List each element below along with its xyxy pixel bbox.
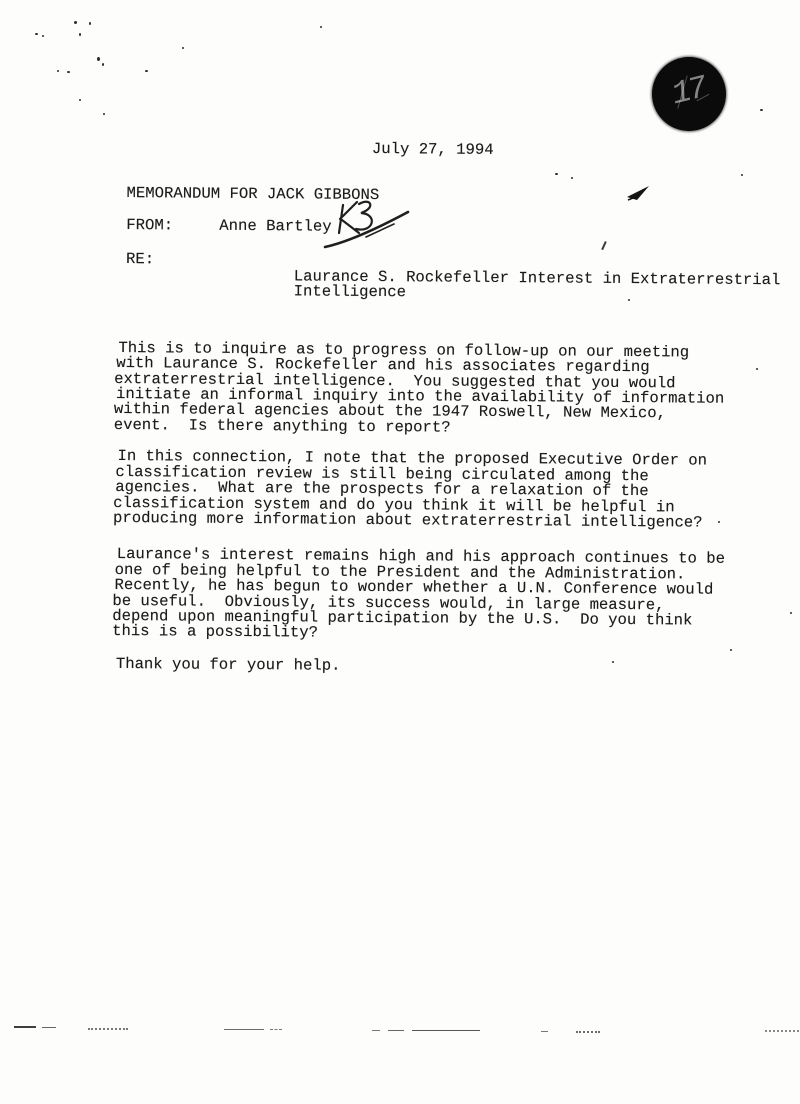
scan-speck xyxy=(97,57,100,61)
scan-speck xyxy=(145,70,148,72)
scan-speck xyxy=(320,26,322,28)
paragraph-2: In this connection, I note that the prop… xyxy=(117,449,778,531)
scan-speck xyxy=(74,21,77,24)
scan-speck xyxy=(730,649,732,651)
scan-speck xyxy=(741,174,743,176)
scan-speck xyxy=(35,33,38,35)
pen-arrow-mark xyxy=(626,184,652,202)
scan-speck xyxy=(79,99,81,101)
fold-line-mark xyxy=(270,1029,282,1030)
scan-speck xyxy=(756,368,758,370)
handwritten-initials-signature xyxy=(322,195,418,251)
scanned-memo-page: 17 July 27, 1994 MEMORANDUM FOR JACK GIB… xyxy=(0,0,800,1104)
from-row: FROM: Anne Bartley xyxy=(126,218,779,239)
from-label: FROM: xyxy=(126,218,219,234)
scan-speck xyxy=(628,299,630,301)
scan-speck xyxy=(571,177,573,179)
from-value: Anne Bartley xyxy=(219,219,331,235)
scan-speck xyxy=(718,521,720,523)
fold-line-mark xyxy=(765,1030,799,1032)
scan-speck xyxy=(57,70,59,72)
fold-line-mark xyxy=(14,1026,36,1028)
memo-text-line: producing more information about extrate… xyxy=(113,511,777,532)
stamp-handwritten-number: 17 xyxy=(668,70,708,114)
fold-line-mark xyxy=(541,1031,548,1032)
scan-speck xyxy=(67,71,70,73)
scan-speck xyxy=(42,35,44,37)
scan-speck xyxy=(79,33,81,36)
fold-line-mark xyxy=(388,1030,404,1031)
paragraph-1: This is to inquire as to progress on fol… xyxy=(118,341,779,439)
scan-speck xyxy=(790,612,792,614)
scan-speck xyxy=(89,22,91,25)
memo-content: July 27, 1994 MEMORANDUM FOR JACK GIBBON… xyxy=(116,140,780,677)
re-subject-line: Intelligence xyxy=(294,282,406,301)
fold-line-mark xyxy=(412,1030,480,1031)
scan-speck xyxy=(612,661,614,663)
fold-line-mark xyxy=(576,1031,600,1033)
paragraph-3: Laurance's interest remains high and his… xyxy=(116,547,777,645)
fold-line-mark xyxy=(88,1028,128,1030)
fold-line-mark xyxy=(42,1027,56,1028)
scan-speck xyxy=(103,113,105,115)
memo-recipient-line: MEMORANDUM FOR JACK GIBBONS xyxy=(127,186,780,207)
scan-speck xyxy=(102,63,104,66)
scan-speck xyxy=(182,47,184,49)
scan-speck xyxy=(760,109,763,111)
memo-date: July 27, 1994 xyxy=(372,142,780,161)
black-circle-stamp: 17 xyxy=(652,57,726,131)
re-value: Laurance S. Rockefeller Interest in Extr… xyxy=(219,253,781,319)
scan-speck xyxy=(555,173,558,175)
fold-line-mark xyxy=(224,1029,264,1030)
closing-line: Thank you for your help. xyxy=(116,657,776,678)
re-label: RE: xyxy=(126,252,219,314)
re-row: RE: Laurance S. Rockefeller Interest in … xyxy=(126,252,779,319)
fold-line-mark xyxy=(372,1030,380,1031)
